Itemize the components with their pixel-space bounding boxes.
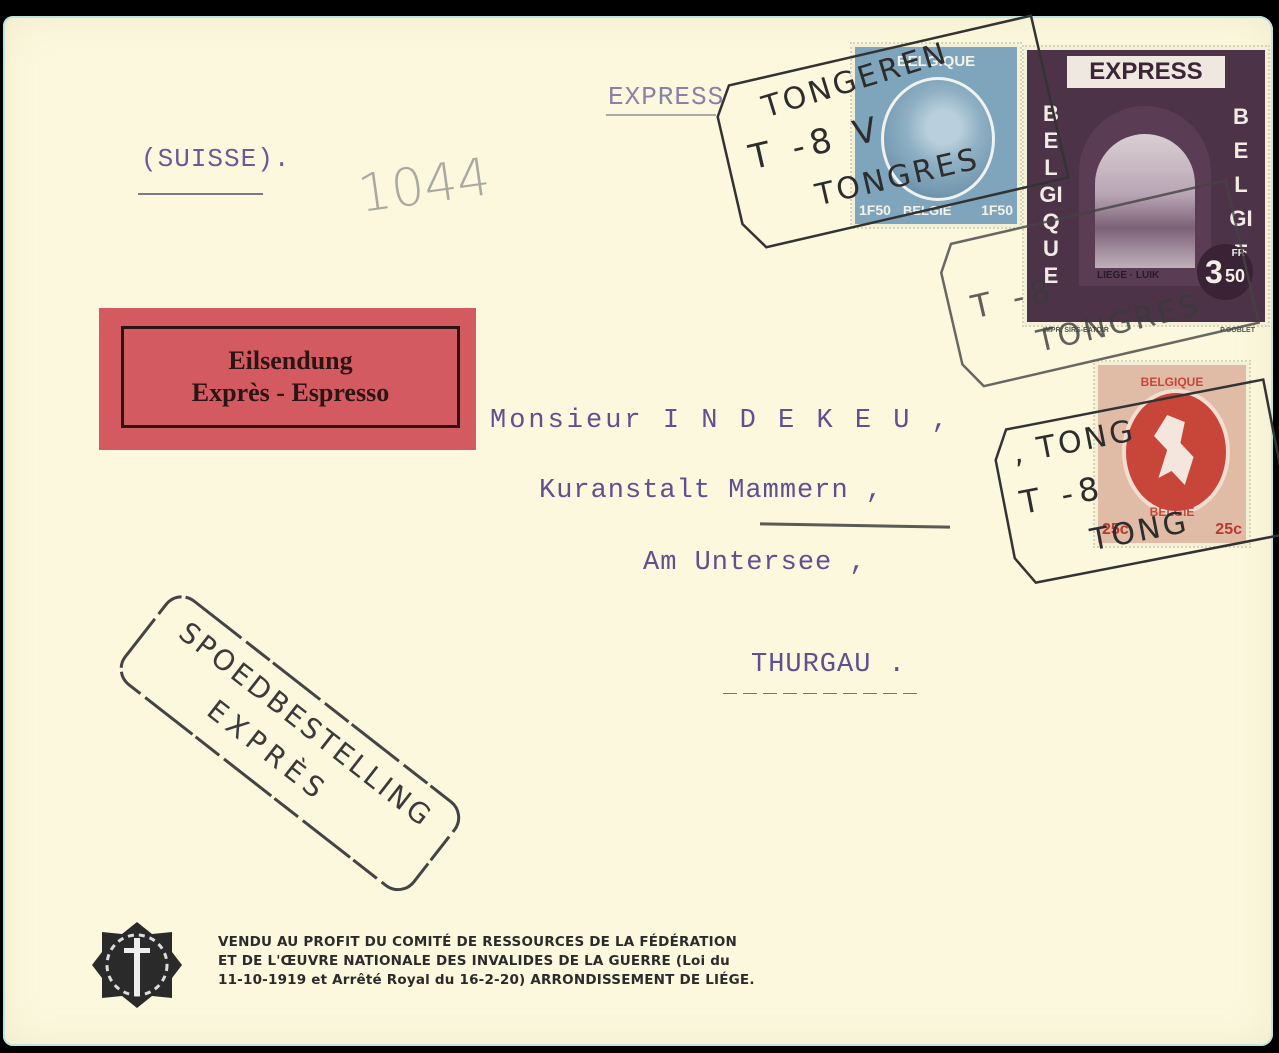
- sword-wreath-emblem-icon: [92, 920, 182, 1010]
- postmark-3: , TONG T -8 TONG: [988, 378, 1279, 588]
- express-label-line2: Exprès - Espresso: [192, 377, 389, 409]
- express-underline: [606, 114, 716, 116]
- express-label-line1: Eilsendung: [228, 345, 352, 377]
- footer-line-1: VENDU AU PROFIT DU COMITÉ DE RESSOURCES …: [218, 933, 755, 952]
- address-line-3: Am Untersee ,: [643, 548, 867, 578]
- pencil-note: 1044: [354, 147, 493, 225]
- country-line: (SUISSE).: [141, 144, 290, 174]
- address-underline-1: [760, 522, 950, 528]
- address-underline-2: [723, 693, 918, 694]
- address-line-4: THURGAU .: [751, 650, 906, 680]
- handstamp-frame: [110, 586, 469, 900]
- express-label: Eilsendung Exprès - Espresso: [99, 308, 476, 450]
- country-underline: [138, 193, 263, 195]
- address-line-2: Kuranstalt Mammern ,: [539, 476, 883, 506]
- stamp2-header: EXPRESS: [1067, 56, 1225, 88]
- handstamp-spoedbestelling: SPOEDBESTELLING EXPRÈS: [110, 586, 469, 900]
- stamp1-value-right: 1F50: [981, 202, 1013, 218]
- footer-notice: VENDU AU PROFIT DU COMITÉ DE RESSOURCES …: [218, 933, 755, 990]
- envelope: (SUISSE). 1044 EXPRESS Eilsendung Exprès…: [3, 16, 1273, 1046]
- express-typed: EXPRESS: [608, 82, 724, 112]
- footer-line-3: 11-10-1919 et Arrêté Royal du 16-2-20) A…: [218, 971, 755, 990]
- address-line-1: Monsieur I N D E K E U ,: [490, 406, 951, 436]
- footer-line-2: ET DE L'ŒUVRE NATIONALE DES INVALIDES DE…: [218, 952, 755, 971]
